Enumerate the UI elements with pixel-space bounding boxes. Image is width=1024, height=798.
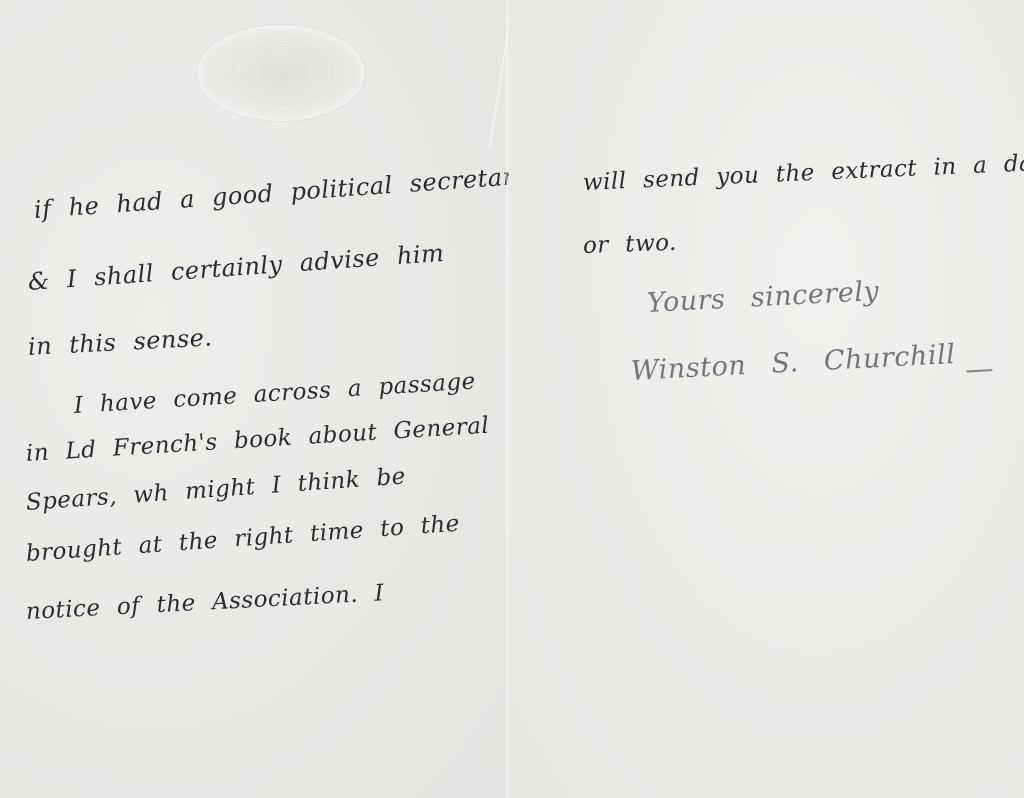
- handwritten-line: notice of the Association. I: [25, 580, 384, 625]
- letter-page-left: if he had a good political secretary, & …: [0, 0, 507, 798]
- signature-line: Winston S. Churchill: [630, 337, 992, 390]
- handwritten-line: in Ld French's book about General: [25, 413, 490, 467]
- letter-scan: if he had a good political secretary, & …: [0, 0, 1024, 798]
- handwritten-line: will send you the extract in a day: [582, 150, 1024, 196]
- embossed-crest-inner: [231, 43, 333, 105]
- handwritten-line: or two.: [583, 230, 678, 259]
- handwritten-line: if he had a good political secretary,: [33, 161, 534, 224]
- embossed-crest-watermark: [196, 24, 366, 122]
- letter-page-right: will send you the extract in a day or tw…: [509, 0, 1024, 798]
- closing-valediction-line: Yours sincerely: [646, 276, 880, 319]
- handwritten-line: I have come across a passage: [73, 368, 476, 419]
- handwritten-line: & I shall certainly advise him: [27, 239, 445, 296]
- handwritten-line: brought at the right time to the: [25, 511, 460, 567]
- handwritten-line: in this sense.: [27, 323, 213, 361]
- handwritten-line: Spears, wh might I think be: [25, 463, 407, 515]
